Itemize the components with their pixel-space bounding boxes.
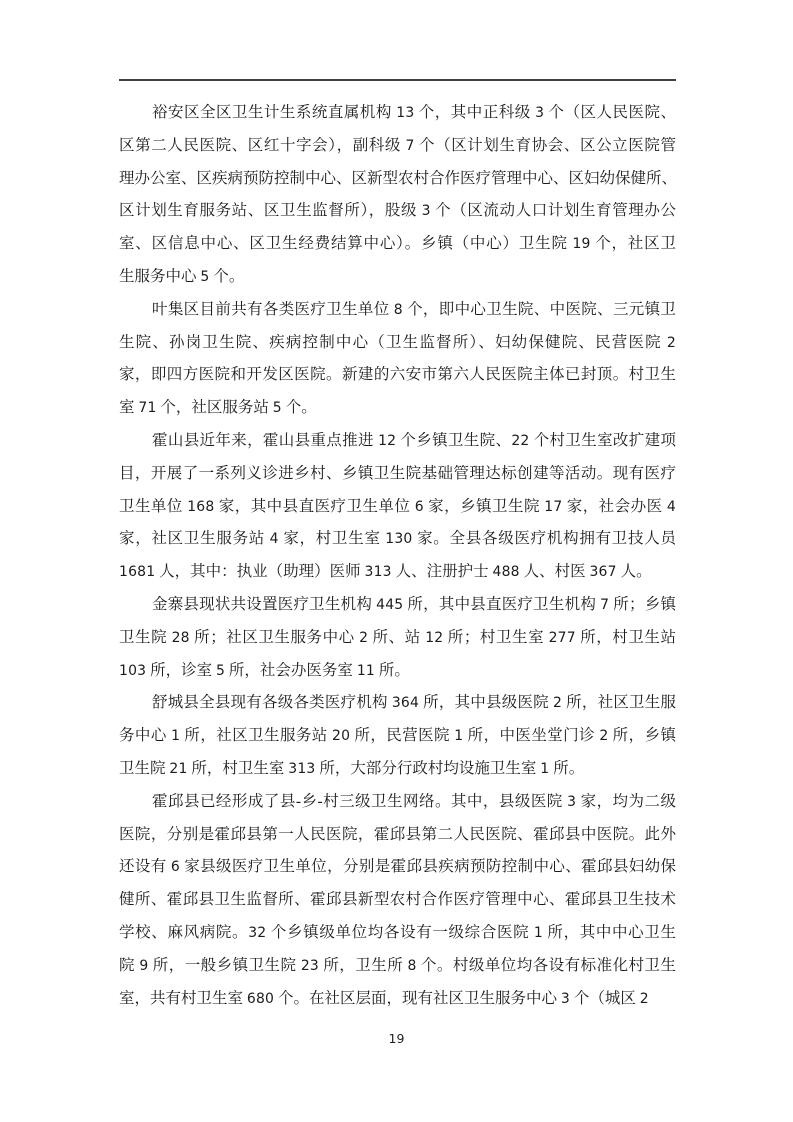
numeric-text: 488 xyxy=(493,564,520,580)
document-page: 裕安区全区卫生计生系统直属机构 13 个，其中正科级 3 个（区人民医院、区第二… xyxy=(0,0,793,1122)
numeric-text: 2 xyxy=(667,335,676,351)
paragraph: 霍山县近年来，霍山县重点推进 12 个乡镇卫生院、22 个村卫生室改扩建项目，开… xyxy=(119,425,676,589)
text-line: 室 71 个，社区服务站 5 个。 xyxy=(119,392,676,425)
numeric-text: 130 xyxy=(385,531,412,547)
numeric-text: 3 xyxy=(422,203,431,219)
numeric-text: 1 xyxy=(540,761,549,777)
paragraph: 舒城县全县现有各级各类医疗机构 364 所，其中县级医院 2 所，社区卫生服务中… xyxy=(119,687,676,785)
numeric-text: 12 xyxy=(378,433,396,449)
numeric-text: 2 xyxy=(599,728,608,744)
numeric-text: 5 xyxy=(273,400,282,416)
paragraph: 金寨县现状共设置医疗卫生机构 445 所，其中县直医疗卫生机构 7 所；乡镇卫生… xyxy=(119,589,676,687)
numeric-text: 19 xyxy=(572,236,590,252)
numeric-text: 1 xyxy=(454,728,463,744)
numeric-text: 2 xyxy=(359,630,368,646)
text-line: 室、区信息中心、区卫生经费结算中心）。乡镇（中心）卫生院 19 个，社区卫 xyxy=(119,228,676,261)
numeric-text: 5 xyxy=(200,269,209,285)
numeric-text: 1 xyxy=(534,925,543,941)
numeric-text: 20 xyxy=(332,728,350,744)
text-line: 卫生院 21 所，村卫生室 313 所，大部分行政村均设施卫生室 1 所。 xyxy=(119,753,676,786)
text-line: 卫生院 28 所；社区卫生服务中心 2 所、站 12 所；村卫生室 277 所，… xyxy=(119,622,676,655)
text-line: 区计划生育服务站、区卫生监督所），股级 3 个（区流动人口计划生育管理办公 xyxy=(119,195,676,228)
numeric-text: 32 xyxy=(248,925,266,941)
text-line: 目，开展了一系列义诊进乡村、乡镇卫生院基础管理达标创建等活动。现有医疗 xyxy=(119,458,676,491)
numeric-text: 3 xyxy=(561,991,570,1007)
text-line: 霍山县近年来，霍山县重点推进 12 个乡镇卫生院、22 个村卫生室改扩建项 xyxy=(119,425,676,458)
text-line: 家，社区卫生服务站 4 家，村卫生室 130 家。全县各级医疗机构拥有卫技人员 xyxy=(119,523,676,556)
numeric-text: 7 xyxy=(600,597,609,613)
numeric-text: 364 xyxy=(392,695,419,711)
numeric-text: 17 xyxy=(544,499,562,515)
numeric-text: 103 xyxy=(119,663,146,679)
numeric-text: 313 xyxy=(288,761,315,777)
numeric-text: 12 xyxy=(425,630,443,646)
numeric-text: 23 xyxy=(301,958,319,974)
text-line: 务中心 1 所，社区卫生服务站 20 所，民营医院 1 所，中医坐堂门诊 2 所… xyxy=(119,720,676,753)
paragraph: 霍邱县已经形成了县-乡-村三级卫生网络。其中，县级医院 3 家，均为二级医院，分… xyxy=(119,786,676,1016)
numeric-text: 6 xyxy=(415,499,424,515)
text-line: 区第二人民医院、区红十字会），副科级 7 个（区计划生育协会、区公立医院管 xyxy=(119,130,676,163)
numeric-text: 22 xyxy=(511,433,529,449)
text-line: 103 所，诊室 5 所，社会办医务室 11 所。 xyxy=(119,655,676,688)
text-line: 家，即四方医院和开发区医院。新建的六安市第六人民医院主体已封顶。村卫生 xyxy=(119,359,676,392)
text-line: 舒城县全县现有各级各类医疗机构 364 所，其中县级医院 2 所，社区卫生服 xyxy=(119,687,676,720)
numeric-text: 5 xyxy=(216,663,225,679)
numeric-text: 6 xyxy=(171,859,180,875)
text-line: 卫生单位 168 家，其中县直医疗卫生单位 6 家，乡镇卫生院 17 家，社会办… xyxy=(119,491,676,524)
numeric-text: 8 xyxy=(408,958,417,974)
numeric-text: 28 xyxy=(172,630,190,646)
text-line: 1681 人，其中：执业（助理）医师 313 人、注册护士 488 人、村医 3… xyxy=(119,556,676,589)
numeric-text: 3 xyxy=(567,794,576,810)
header-rule xyxy=(119,79,676,81)
numeric-text: 2 xyxy=(640,991,649,1007)
numeric-text: 277 xyxy=(549,630,576,646)
text-line: 健所、霍邱县卫生监督所、霍邱县新型农村合作医疗管理中心、霍邱县卫生技术 xyxy=(119,884,676,917)
numeric-text: 1 xyxy=(171,728,180,744)
numeric-text: 9 xyxy=(139,958,148,974)
numeric-text: 367 xyxy=(589,564,616,580)
numeric-text: 71 xyxy=(138,400,156,416)
numeric-text: 4 xyxy=(667,499,676,515)
numeric-text: 313 xyxy=(365,564,392,580)
text-line: 霍邱县已经形成了县-乡-村三级卫生网络。其中，县级医院 3 家，均为二级 xyxy=(119,786,676,819)
numeric-text: 1681 xyxy=(119,564,155,580)
numeric-text: 3 xyxy=(535,105,544,121)
numeric-text: 7 xyxy=(405,138,414,154)
text-line: 叶集区目前共有各类医疗卫生单位 8 个，即中心卫生院、中医院、三元镇卫 xyxy=(119,294,676,327)
text-line: 还设有 6 家县级医疗卫生单位，分别是霍邱县疾病预防控制中心、霍邱县妇幼保 xyxy=(119,851,676,884)
numeric-text: 168 xyxy=(187,499,214,515)
text-line: 生服务中心 5 个。 xyxy=(119,261,676,294)
text-line: 院 9 所，一般乡镇卫生院 23 所，卫生所 8 个。村级单位均各设有标准化村卫… xyxy=(119,950,676,983)
page-number: 19 xyxy=(0,1031,793,1046)
numeric-text: 4 xyxy=(270,531,279,547)
numeric-text: 2 xyxy=(553,695,562,711)
text-line: 生院、孙岗卫生院、疾病控制中心（卫生监督所）、妇幼保健院、民营医院 2 xyxy=(119,327,676,360)
numeric-text: 11 xyxy=(357,663,375,679)
numeric-text: 21 xyxy=(169,761,187,777)
text-line: 学校、麻风病院。32 个乡镇级单位均各设有一级综合医院 1 所，其中中心卫生 xyxy=(119,917,676,950)
text-line: 医院，分别是霍邱县第一人民医院，霍邱县第二人民医院、霍邱县中医院。此外 xyxy=(119,819,676,852)
numeric-text: 680 xyxy=(247,991,274,1007)
numeric-text: 8 xyxy=(394,302,403,318)
paragraph: 裕安区全区卫生计生系统直属机构 13 个，其中正科级 3 个（区人民医院、区第二… xyxy=(119,97,676,294)
numeric-text: 13 xyxy=(396,105,414,121)
text-line: 金寨县现状共设置医疗卫生机构 445 所，其中县直医疗卫生机构 7 所；乡镇 xyxy=(119,589,676,622)
document-body: 裕安区全区卫生计生系统直属机构 13 个，其中正科级 3 个（区人民医院、区第二… xyxy=(119,97,676,1015)
numeric-text: 445 xyxy=(376,597,403,613)
text-line: 室，共有村卫生室 680 个。在社区层面，现有社区卫生服务中心 3 个（城区 2 xyxy=(119,983,676,1016)
text-line: 裕安区全区卫生计生系统直属机构 13 个，其中正科级 3 个（区人民医院、 xyxy=(119,97,676,130)
paragraph: 叶集区目前共有各类医疗卫生单位 8 个，即中心卫生院、中医院、三元镇卫生院、孙岗… xyxy=(119,294,676,425)
text-line: 理办公室、区疾病预防控制中心、区新型农村合作医疗管理中心、区妇幼保健所、 xyxy=(119,163,676,196)
